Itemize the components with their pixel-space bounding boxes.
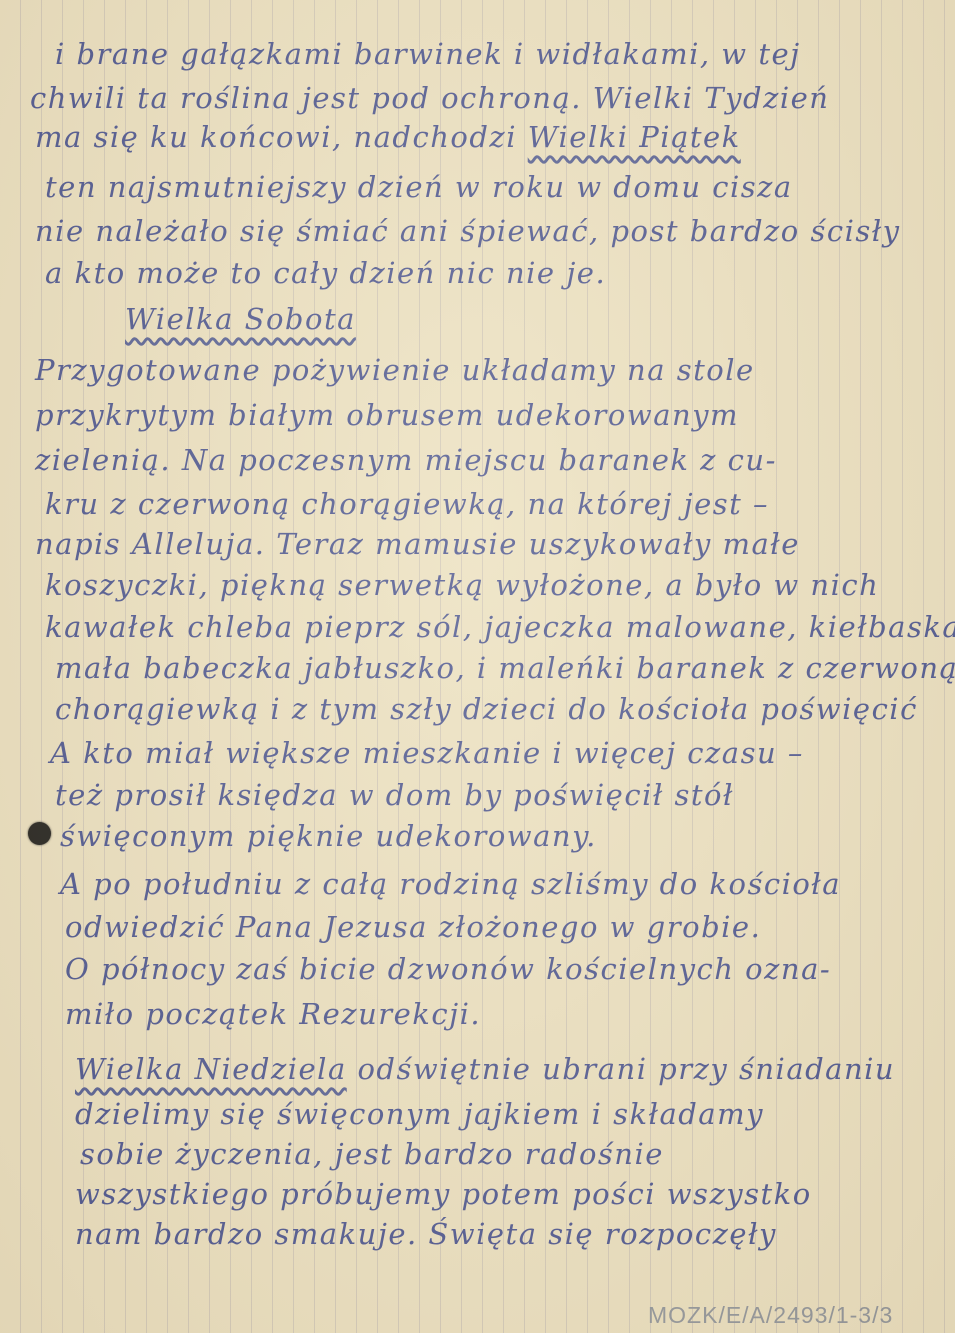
handwritten-line: chwili ta roślina jest pod ochroną. Wiel… xyxy=(30,84,829,113)
handwritten-line: mała babeczka jabłuszko, i maleńki baran… xyxy=(55,654,955,683)
punch-hole xyxy=(28,822,51,845)
handwritten-line: A kto miał większe mieszkanie i więcej c… xyxy=(50,739,804,768)
section-heading: Wielka Niedziela xyxy=(75,1052,347,1086)
handwritten-line: miło początek Rezurekcji. xyxy=(65,1000,481,1029)
section-heading: Wielki Piątek xyxy=(528,120,741,154)
handwritten-line: święconym pięknie udekorowany. xyxy=(60,822,597,851)
handwritten-line: ma się ku końcowi, nadchodzi Wielki Piąt… xyxy=(35,123,741,152)
handwritten-line: koszyczki, piękną serwetką wyłożone, a b… xyxy=(45,571,879,600)
handwritten-line: kru z czerwoną chorągiewką, na której je… xyxy=(45,490,769,519)
handwritten-line: napis Alleluja. Teraz mamusie uszykowały… xyxy=(35,530,800,559)
handwritten-line: nam bardzo smakuje. Święta się rozpoczęł… xyxy=(75,1220,777,1249)
archive-signature: MOZK/E/A/2493/1-3/3 xyxy=(648,1302,893,1329)
handwritten-line: dzielimy się święconym jajkiem i składam… xyxy=(75,1100,764,1129)
handwritten-line: zielenią. Na poczesnym miejscu baranek z… xyxy=(35,446,777,475)
handwritten-line: kawałek chleba pieprz sól, jajeczka malo… xyxy=(45,613,955,642)
handwritten-line: ten najsmutniejszy dzień w roku w domu c… xyxy=(45,173,793,202)
handwritten-line: też prosił księdza w dom by poświęcił st… xyxy=(55,781,734,810)
handwritten-line: Przygotowane pożywienie układamy na stol… xyxy=(35,356,755,385)
handwritten-line: a kto może to cały dzień nic nie je. xyxy=(45,259,606,288)
handwritten-line: O północy zaś bicie dzwonów kościelnych … xyxy=(65,955,831,984)
handwritten-line: nie należało się śmiać ani śpiewać, post… xyxy=(35,217,901,246)
handwritten-line: sobie życzenia, jest bardzo radośnie xyxy=(80,1140,664,1169)
section-heading: Wielka Sobota xyxy=(125,305,356,334)
handwritten-line: przykrytym białym obrusem udekorowanym xyxy=(35,401,739,430)
handwritten-line: i brane gałązkami barwinek i widłakami, … xyxy=(55,40,801,69)
handwritten-line: wszystkiego próbujemy potem pości wszyst… xyxy=(75,1180,812,1209)
manuscript-page: MOZK/E/A/2493/1-3/3 i brane gałązkami ba… xyxy=(0,0,955,1333)
handwritten-line: A po południu z całą rodziną szliśmy do … xyxy=(60,870,841,899)
handwritten-line: chorągiewką i z tym szły dzieci do kości… xyxy=(55,695,918,724)
handwritten-line: Wielka Niedziela odświętnie ubrani przy … xyxy=(75,1055,895,1084)
handwritten-line: odwiedzić Pana Jezusa złożonego w grobie… xyxy=(65,913,761,942)
